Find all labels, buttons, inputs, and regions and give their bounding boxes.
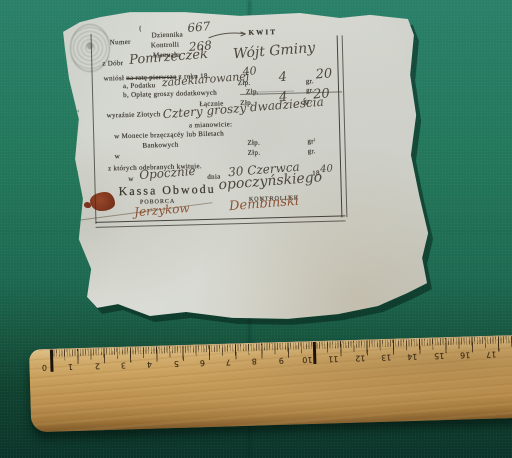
- ruler-number: 14: [403, 352, 421, 362]
- signature-kontroller: Dembinski: [229, 194, 300, 214]
- photo-of-receipt: I 4 Numer { Dziennika 667 Kontrolli Manu…: [0, 0, 512, 458]
- ruler-number: 16: [456, 350, 474, 360]
- ruler-number: 1: [62, 362, 80, 372]
- bankowych-label: Bankowych: [142, 141, 178, 150]
- kassa-label: Kassa Obwodu: [118, 182, 215, 200]
- row-a-zlp-value: 4: [278, 70, 287, 86]
- wojt-gminy-handwritten: Wójt Gminy: [233, 40, 316, 62]
- ruler-number: 6: [193, 358, 211, 368]
- ruler-number: 8: [246, 356, 264, 366]
- w-label: w: [115, 152, 121, 160]
- receipt-paper: I 4 Numer { Dziennika 667 Kontrolli Manu…: [56, 8, 430, 322]
- ruler-number: 12: [351, 353, 369, 363]
- ruler-number: 13: [377, 353, 395, 363]
- row-a-gr-value: 20: [315, 66, 333, 82]
- ruler-number: 3: [114, 360, 132, 370]
- ruler-number: 2: [88, 361, 106, 371]
- mianowicie-label: a mianowicie:: [189, 120, 233, 129]
- ruler-number: 5: [167, 359, 185, 369]
- gr-label: gr.: [306, 77, 314, 85]
- form-bottom-double-rule: [95, 215, 345, 228]
- pen-arrow: [207, 28, 251, 41]
- form-left-rule: [91, 34, 97, 224]
- zlp-label: Złp.: [246, 88, 259, 96]
- register-label: Kontrolli: [151, 41, 180, 50]
- printed-form: Numer { Dziennika 667 Kontrolli Manuału …: [52, 3, 434, 327]
- ruler-bold-mark: [312, 342, 316, 364]
- zlp-label: Złp.: [238, 79, 251, 87]
- numer-label: Numer: [110, 38, 131, 47]
- gr-label: gr.: [308, 147, 316, 155]
- register-label: Dziennika: [151, 31, 183, 40]
- row-a-label: a, Podatku: [123, 81, 156, 90]
- dobr-label: z Dóbr: [102, 59, 123, 68]
- ruler-bold-mark: [49, 350, 53, 372]
- monecie-line: w Monecie brzęczącéy lub Biletach: [114, 129, 224, 140]
- register-brace: {: [138, 25, 142, 33]
- ruler-number: 15: [430, 351, 448, 361]
- document-title: K W I T: [248, 28, 275, 37]
- form-right-double-rule: [337, 35, 348, 217]
- gr-label: grˡ: [307, 137, 315, 145]
- zlp-label: Złp.: [248, 149, 261, 157]
- ruler-number: 17: [482, 349, 500, 359]
- dobr-handwritten: Pomrzeczek: [129, 47, 209, 68]
- ruler-number: 4: [140, 360, 158, 370]
- ruler-number: 9: [272, 356, 290, 366]
- wniosl-word: wniósł: [104, 74, 125, 83]
- ruler-number: 7: [219, 357, 237, 367]
- wooden-ruler: 01234567891011121314151617: [29, 335, 512, 433]
- zlp-label: Złp.: [247, 139, 260, 147]
- place-handwritten: Opocznie: [139, 164, 196, 182]
- wyraznie-label: wyraźnie Złotych: [107, 110, 161, 119]
- ruler-number: 11: [324, 354, 342, 364]
- w-label: w: [128, 175, 134, 183]
- row-b-label: b, Opłatę groszy dodatkowych: [123, 89, 217, 99]
- signature-poborca: Jerzykow: [134, 201, 190, 219]
